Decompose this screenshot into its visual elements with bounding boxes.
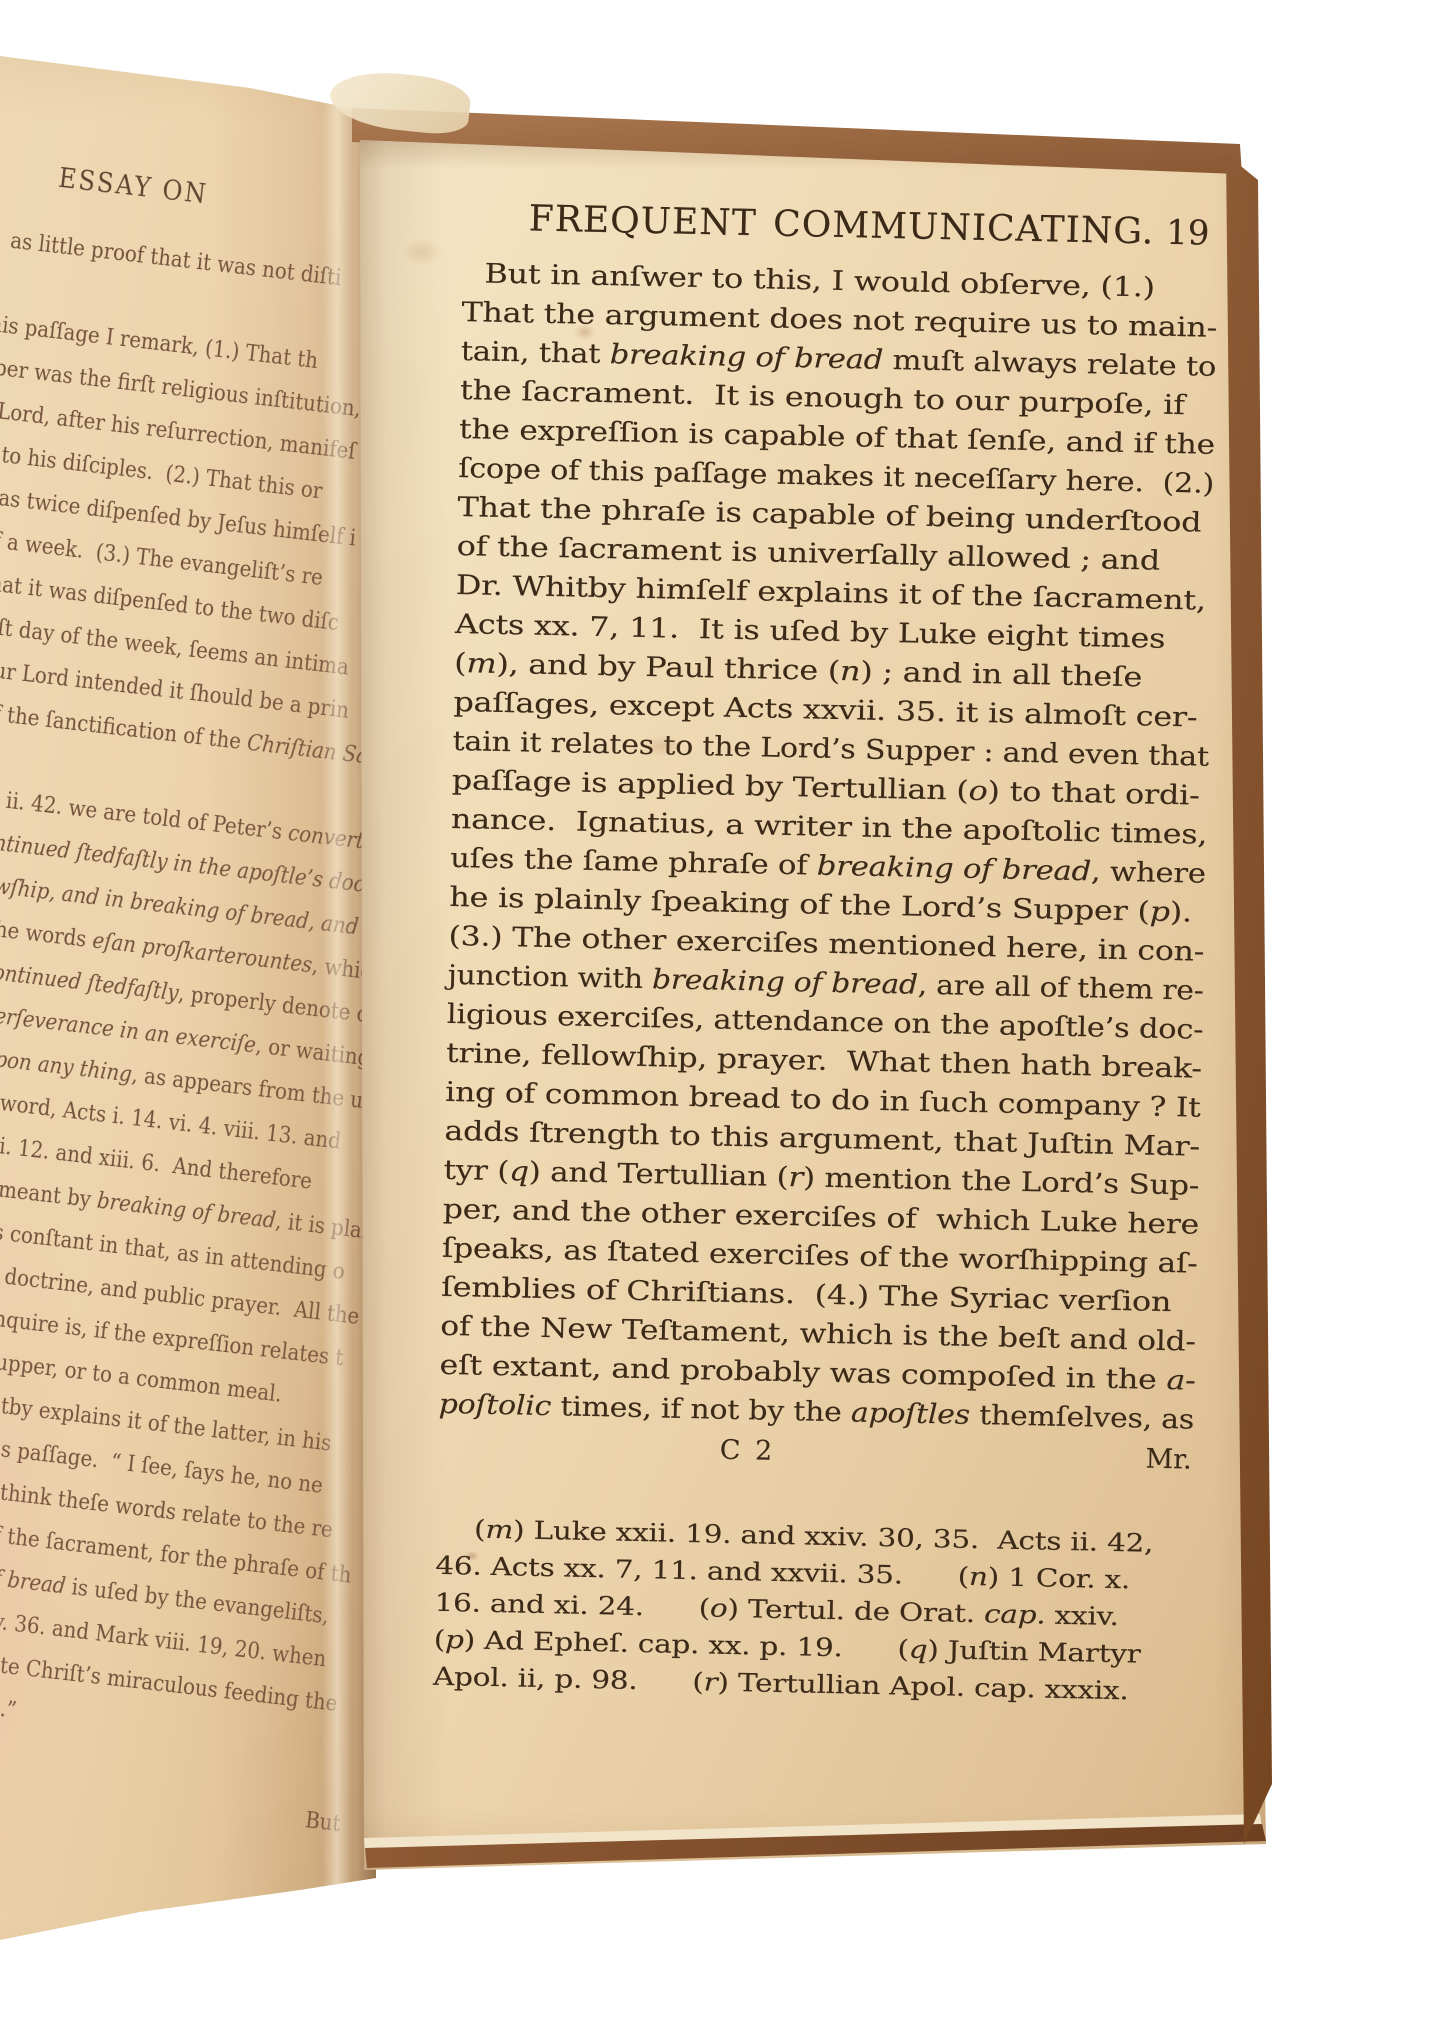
text: ) ; and in all theſe <box>860 656 1142 693</box>
italic-text: poſtolic <box>438 1389 551 1422</box>
italic-text: breaking of bread <box>817 851 1092 888</box>
text: , are all of them re- <box>917 970 1203 1007</box>
right-page: FREQUENT COMMUNICATING. 19 But in anſwer… <box>352 84 1282 1899</box>
right-page-body: But in anſwer to this, I would obſerve, … <box>438 254 1218 1440</box>
text: ) Juſtin Martyr <box>927 1635 1141 1668</box>
italic-text: of bread <box>0 1565 67 1599</box>
text: paſſage is applied by Tertullian ( <box>451 765 968 807</box>
text: le.” <box>0 1695 18 1724</box>
italic-text: o <box>968 776 988 807</box>
text: junction with <box>447 960 652 995</box>
text: ) mention the Lord’s Sup- <box>803 1162 1200 1201</box>
left-text-line: is as little proof that it was not diſti <box>0 216 376 323</box>
italic-text: o <box>710 1593 728 1622</box>
text: xxiv. <box>1045 1600 1119 1631</box>
text: themſelves, as <box>970 1400 1195 1436</box>
text: , where <box>1091 856 1206 889</box>
italic-text: breaking of bread <box>652 964 918 1001</box>
book-photo: ESSAY ON is as little proof that it was … <box>0 0 1445 2023</box>
text: is as little proof that it was not diſti <box>0 225 343 291</box>
italic-text: apoſtles <box>851 1397 971 1430</box>
italic-text: q <box>908 1635 927 1664</box>
italic-text: n <box>840 656 861 687</box>
page-number: 19 <box>1166 211 1210 256</box>
left-catchword: But <box>0 1771 351 1838</box>
footnotes: (m) Luke xxii. 19. and xxiv. 30, 35. Act… <box>433 1510 1193 1711</box>
italic-text: m <box>485 1515 513 1545</box>
text: s meant by <box>0 1176 99 1214</box>
italic-text: upon any thing <box>0 1046 133 1088</box>
text: ( <box>433 1625 445 1654</box>
left-page-text: ESSAY ON is as little proof that it was … <box>0 150 376 1841</box>
left-page-body: is as little proof that it was not diſti… <box>0 216 376 1775</box>
text: ) Ad Epheſ. cap. xx. p. 19. ( <box>463 1625 909 1663</box>
text: ) Tertullian Apol. cap. xxxix. <box>717 1668 1129 1706</box>
italic-text: a- <box>1166 1365 1196 1397</box>
text: ) to that ordi- <box>987 776 1200 811</box>
text: The words <box>0 916 94 953</box>
italic-text: n <box>969 1562 988 1591</box>
text: muſt always relate to <box>883 345 1217 383</box>
italic-text: r <box>788 1162 803 1193</box>
italic-text: cap. <box>984 1599 1046 1629</box>
text: ), and by Paul thrice ( <box>496 649 840 687</box>
text: Apol. ii, p. 98. ( <box>433 1662 704 1697</box>
left-page: ESSAY ON is as little proof that it was … <box>0 0 376 2023</box>
text: tyr ( <box>443 1155 509 1187</box>
text: ). <box>1169 897 1192 928</box>
text: ) and Tertullian ( <box>528 1157 788 1193</box>
text: times, if not by the <box>551 1391 851 1428</box>
italic-text: q <box>509 1156 529 1187</box>
text: ) Tertul. de Orat. <box>727 1594 984 1628</box>
italic-text: breaking of bread <box>609 339 883 376</box>
text: 16. and xi. 24. ( <box>434 1588 710 1623</box>
italic-text: p <box>445 1625 464 1654</box>
italic-text: r <box>703 1667 717 1696</box>
italic-text: p <box>1149 897 1170 928</box>
text: ( <box>474 1515 486 1544</box>
text: tain, that <box>460 336 610 370</box>
right-page-text: FREQUENT COMMUNICATING. 19 But in anſwer… <box>433 196 1220 1711</box>
right-catchword: Mr. <box>1145 1439 1192 1482</box>
signature-mark: C 2 <box>719 1430 775 1473</box>
text: ) 1 Cor. x. <box>987 1562 1130 1594</box>
italic-text: m <box>466 648 497 680</box>
text: uſes the ſame phraſe of <box>450 843 817 882</box>
